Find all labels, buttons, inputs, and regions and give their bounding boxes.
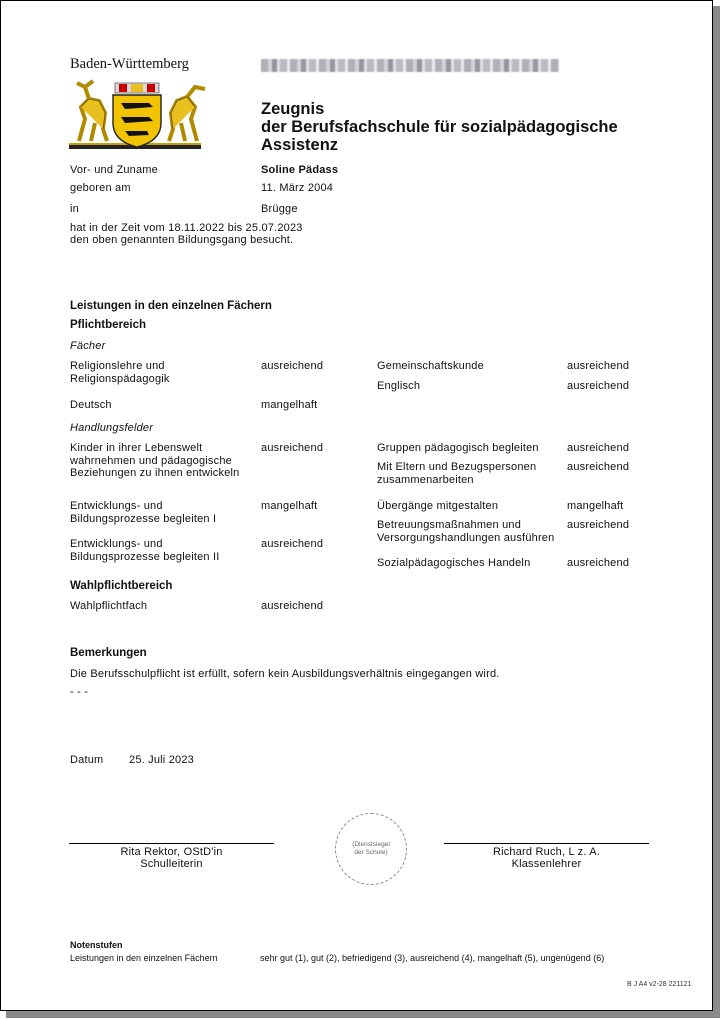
subject-gemeinschaftskunde: Gemeinschaftskunde <box>377 360 484 372</box>
state-name: Baden-Württemberg <box>70 56 189 73</box>
signer-right-role: Klassenlehrer <box>444 858 649 870</box>
signer-left-name: Rita Rektor, OStD'in <box>69 846 274 858</box>
subject-hf5: Mit Eltern und Bezugspersonen zusammenar… <box>377 461 557 486</box>
subject-hf6: Übergänge mitgestalten <box>377 500 498 512</box>
grade-hf7: ausreichend <box>567 519 629 531</box>
wahlpflicht-heading: Wahlpflichtbereich <box>70 580 172 592</box>
birth-value: 11. März 2004 <box>261 182 333 194</box>
grade-hf2: mangelhaft <box>261 500 317 512</box>
grading-scale-label: Leistungen in den einzelnen Fächern <box>70 953 218 963</box>
grade-englisch: ausreichend <box>567 380 629 392</box>
grade-religion: ausreichend <box>261 360 323 372</box>
name-value: Soline Pädass <box>261 164 338 176</box>
title-line-1: Zeugnis <box>261 100 681 118</box>
grade-hf4: ausreichend <box>567 442 629 454</box>
subject-wahlpflichtfach: Wahlpflichtfach <box>70 600 147 612</box>
signer-left-role: Schulleiterin <box>69 858 274 870</box>
birth-label: geboren am <box>70 182 131 194</box>
certificate-title: Zeugnis der Berufsfachschule für sozialp… <box>261 100 681 154</box>
remarks-filler: - - - <box>70 686 88 698</box>
form-code: B J A4 v2-28 221121 <box>627 981 691 988</box>
coat-of-arms-icon <box>69 79 207 151</box>
grades-heading: Leistungen in den einzelnen Fächern <box>70 300 272 312</box>
seal-line-1: (Dienstsiegel <box>336 841 406 849</box>
date-value: 25. Juli 2023 <box>129 754 194 766</box>
grading-scale-heading: Notenstufen <box>70 940 123 950</box>
faecher-heading: Fächer <box>70 340 105 352</box>
remarks-text: Die Berufsschulpflicht ist erfüllt, sofe… <box>70 668 500 680</box>
attendance-line-2: den oben genannten Bildungsgang besucht. <box>70 234 293 246</box>
subject-englisch: Englisch <box>377 380 420 392</box>
grade-gemeinschaftskunde: ausreichend <box>567 360 629 372</box>
subject-hf4: Gruppen pädagogisch begleiten <box>377 442 539 454</box>
place-label: in <box>70 203 79 215</box>
grade-deutsch: mangelhaft <box>261 399 317 411</box>
subject-hf2: Entwicklungs- und Bildungsprozesse begle… <box>70 500 235 525</box>
pflicht-heading: Pflichtbereich <box>70 319 146 331</box>
grade-hf8: ausreichend <box>567 557 629 569</box>
handlungsfelder-heading: Handlungsfelder <box>70 422 153 434</box>
subject-religion: Religionslehre und Religionspädagogik <box>70 360 260 385</box>
subject-hf1: Kinder in ihrer Lebenswelt wahrnehmen un… <box>70 442 255 480</box>
subject-hf3: Entwicklungs- und Bildungsprozesse begle… <box>70 538 235 563</box>
attendance-line-1: hat in der Zeit vom 18.11.2022 bis 25.07… <box>70 222 303 234</box>
signer-right-name: Richard Ruch, L z. A. <box>444 846 649 858</box>
grade-hf1: ausreichend <box>261 442 323 454</box>
place-value: Brügge <box>261 203 298 215</box>
title-line-3: Assistenz <box>261 136 681 154</box>
signature-line-left <box>69 843 274 844</box>
subject-deutsch: Deutsch <box>70 399 112 411</box>
remarks-heading: Bemerkungen <box>70 647 147 659</box>
certificate-page: Baden-Württemberg Zeugnis der Berufsfach… <box>0 0 713 1011</box>
subject-hf7: Betreuungsmaßnahmen und Versorgungshandl… <box>377 519 565 544</box>
grade-wahlpflichtfach: ausreichend <box>261 600 323 612</box>
name-label: Vor- und Zuname <box>70 164 158 176</box>
signature-line-right <box>444 843 649 844</box>
title-line-2: der Berufsfachschule für sozialpädagogis… <box>261 118 681 136</box>
date-label: Datum <box>70 754 103 766</box>
seal-line-2: der Schule) <box>336 849 406 857</box>
grade-hf6: mangelhaft <box>567 500 623 512</box>
subject-hf8: Sozialpädagogisches Handeln <box>377 557 530 569</box>
grade-hf5: ausreichend <box>567 461 629 473</box>
grading-scale-values: sehr gut (1), gut (2), befriedigend (3),… <box>260 953 604 963</box>
official-seal-placeholder: (Dienstsiegel der Schule) <box>335 813 407 885</box>
grade-hf3: ausreichend <box>261 538 323 550</box>
school-name-redacted <box>261 59 559 72</box>
